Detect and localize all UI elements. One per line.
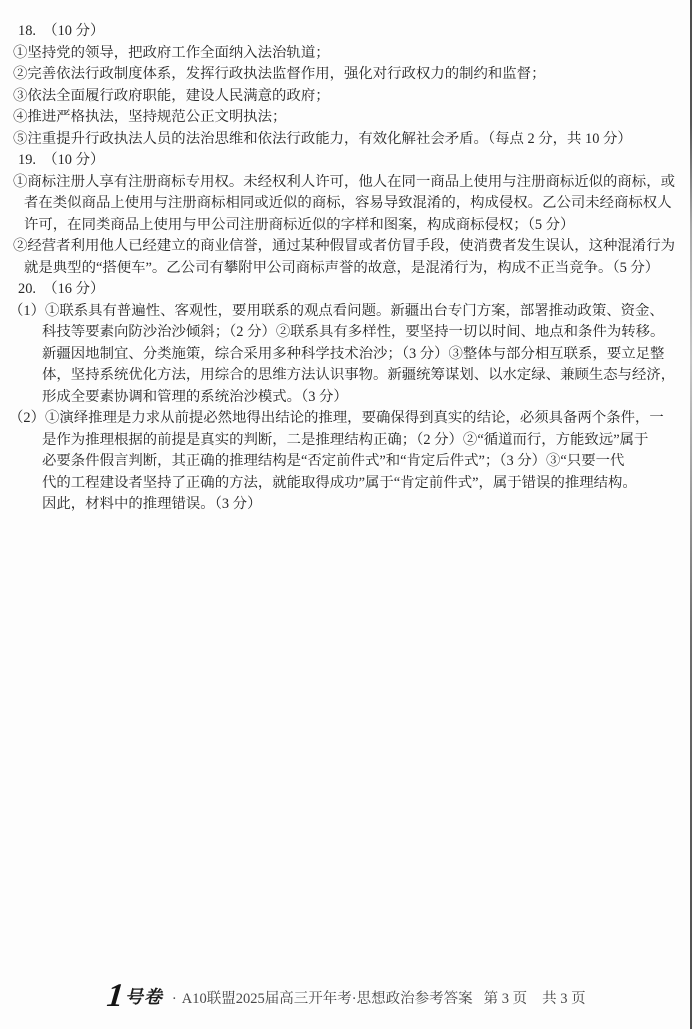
answer-line: 体，坚持系统优化方法，用综合的思维方法认识事物。新疆统筹谋划、以水定绿、兼顾生态…: [0, 365, 693, 387]
answer-line: ⑤注重提升行政执法人员的法治思维和依法行政能力，有效化解社会矛盾。（每点 2 分…: [0, 129, 693, 151]
answer-line: 20. （16 分）: [0, 279, 693, 301]
scan-edge-line: [690, 0, 692, 1029]
answer-line: ②经营者利用他人已经建立的商业信誉，通过某种假冒或者仿冒手段，使消费者发生误认，…: [0, 236, 693, 258]
answer-line: 19. （10 分）: [0, 150, 693, 172]
answer-line: （2）①演绎推理是力求从前提必然地得出结论的推理，要确保得到真实的结论，必须具备…: [0, 408, 693, 430]
answer-line: ②完善依法行政制度体系，发挥行政执法监督作用，强化对行政权力的制约和监督；: [0, 64, 693, 86]
brand-logo-number: 1: [106, 980, 126, 1013]
answer-line: ③依法全面履行政府职能，建设人民满意的政府；: [0, 86, 693, 108]
exam-title: A10联盟2025届高三开年考·思想政治参考答案: [182, 987, 473, 1008]
page-total-label: 共 3 页: [542, 987, 586, 1008]
brand-logo-name: 号卷: [125, 983, 163, 1009]
answer-line: 科技等要素向防沙治沙倾斜；（2 分）②联系具有多样性，要坚持一切以时间、地点和条…: [0, 322, 693, 344]
answer-line: 因此，材料中的推理错误。（3 分）: [0, 494, 693, 516]
footer-separator: ·: [172, 991, 177, 1008]
answers-block: 18. （10 分）①坚持党的领导，把政府工作全面纳入法治轨道；②完善依法行政制…: [0, 21, 693, 516]
answer-line: 者在类似商品上使用与注册商标相同或近似的商标，容易导致混淆的，构成侵权。乙公司未…: [0, 193, 693, 215]
answer-line: （1）①联系具有普遍性、客观性，要用联系的观点看问题。新疆出台专门方案，部署推动…: [0, 301, 693, 323]
answer-line: 新疆因地制宜、分类施策，综合采用多种科学技术治沙；（3 分）③整体与部分相互联系…: [0, 344, 693, 366]
answer-line: 是作为推理根据的前提是真实的判断，二是推理结构正确；（2 分）②“循道而行，方能…: [0, 430, 693, 452]
answer-line: ④推进严格执法，坚持规范公正文明执法；: [0, 107, 693, 129]
exam-answer-page: 18. （10 分）①坚持党的领导，把政府工作全面纳入法治轨道；②完善依法行政制…: [0, 0, 693, 1029]
answer-line: 代的工程建设者坚持了正确的方法，就能取得成功”属于“肯定前件式”，属于错误的推理…: [0, 473, 693, 495]
page-number-label: 第 3 页: [484, 987, 528, 1008]
answer-line: 许可，在同类商品上使用与甲公司注册商标近似的字样和图案，构成商标侵权；（5 分）: [0, 215, 693, 237]
footer: 1 号卷 · A10联盟2025届高三开年考·思想政治参考答案 第 3 页 共 …: [0, 977, 693, 1011]
answer-line: ①商标注册人享有注册商标专用权。未经权利人许可，他人在同一商品上使用与注册商标近…: [0, 172, 693, 194]
answer-line: 必要条件假言判断，其正确的推理结构是“否定前件式”和“肯定后件式”；（3 分）③…: [0, 451, 693, 473]
answer-line: 形成全要素协调和管理的系统治沙模式。（3 分）: [0, 387, 693, 409]
answer-line: 就是典型的“搭便车”。乙公司有攀附甲公司商标声誉的故意，是混淆行为，构成不正当竞…: [0, 258, 693, 280]
answer-line: ①坚持党的领导，把政府工作全面纳入法治轨道；: [0, 43, 693, 65]
answer-line: 18. （10 分）: [0, 21, 693, 43]
